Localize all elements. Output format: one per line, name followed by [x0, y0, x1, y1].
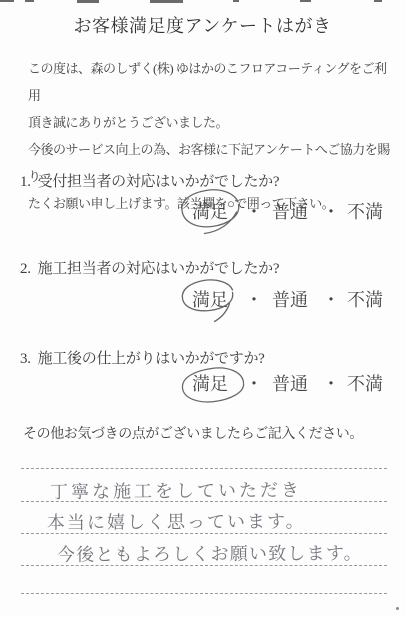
interpunct-separator: ・ — [322, 286, 340, 312]
question-2-text: 施工担当者の対応はいかがでしたか? — [38, 261, 280, 277]
handwritten-comment-line-3: 今後ともよろしくお願い致します。 — [57, 539, 363, 567]
question-1-number: 1. — [20, 174, 31, 191]
interpunct-separator: ・ — [245, 370, 263, 396]
option-dissatisfied-q2: 不満 — [347, 286, 383, 312]
handwritten-comment-line-1: 丁寧な施工をしていただき — [50, 476, 302, 504]
option-normal-q1: 普通 — [272, 198, 308, 224]
question-2: 2.施工担当者の対応はいかがでしたか? — [20, 257, 279, 278]
scan-artifact — [233, 0, 239, 2]
option-normal-q2: 普通 — [272, 286, 308, 312]
intro-line: この度は、森のしずく(株) ゆはかのこフロアコーティングをご利用 — [28, 55, 392, 109]
handwritten-comment-line-2: 本当に嬉しく思っています。 — [47, 507, 306, 534]
option-dissatisfied-q1: 不満 — [347, 198, 383, 224]
question-3-options: 満足 ・ 普通 ・ 不満 — [0, 370, 405, 394]
question-3-text: 施工後の仕上がりはいかがですか? — [38, 351, 265, 367]
answer-line — [21, 593, 387, 594]
scan-artifact — [0, 0, 14, 2]
question-2-number: 2. — [20, 261, 31, 278]
question-3-number: 3. — [20, 351, 31, 368]
intro-paragraph: この度は、森のしずく(株) ゆはかのこフロアコーティングをご利用 頂き誠にありが… — [28, 55, 392, 217]
scan-artifact — [396, 607, 399, 610]
interpunct-separator: ・ — [245, 198, 263, 224]
option-satisfied-q2: 満足 — [192, 286, 228, 312]
interpunct-separator: ・ — [245, 286, 263, 312]
question-3: 3.施工後の仕上がりはいかがですか? — [20, 347, 265, 368]
option-dissatisfied-q3: 不満 — [347, 370, 383, 396]
scan-artifact — [25, 0, 34, 2]
survey-postcard: お客様満足度アンケートはがき この度は、森のしずく(株) ゆはかのこフロアコーテ… — [0, 0, 405, 617]
interpunct-separator: ・ — [322, 198, 340, 224]
scan-artifact — [300, 0, 311, 2]
question-1-text: 受付担当者の対応はいかがでしたか? — [38, 174, 280, 190]
page-title: お客様満足度アンケートはがき — [0, 12, 405, 38]
option-normal-q3: 普通 — [272, 370, 308, 396]
question-1: 1.受付担当者の対応はいかがでしたか? — [20, 170, 279, 191]
intro-line: 頂き誠にありがとうございました。 — [28, 109, 392, 136]
interpunct-separator: ・ — [322, 370, 340, 396]
option-satisfied-q1: 満足 — [192, 198, 228, 224]
scan-artifact — [77, 0, 99, 3]
question-2-options: 満足 ・ 普通 ・ 不満 — [0, 286, 405, 310]
scan-artifact — [374, 0, 382, 2]
option-satisfied-q3: 満足 — [192, 370, 228, 396]
comment-section-label: その他お気づきの点がございましたらご記入ください。 — [23, 423, 363, 443]
question-1-options: 満足 ・ 普通 ・ 不満 — [0, 198, 405, 222]
scan-artifact — [150, 0, 183, 3]
answer-line — [21, 468, 387, 469]
